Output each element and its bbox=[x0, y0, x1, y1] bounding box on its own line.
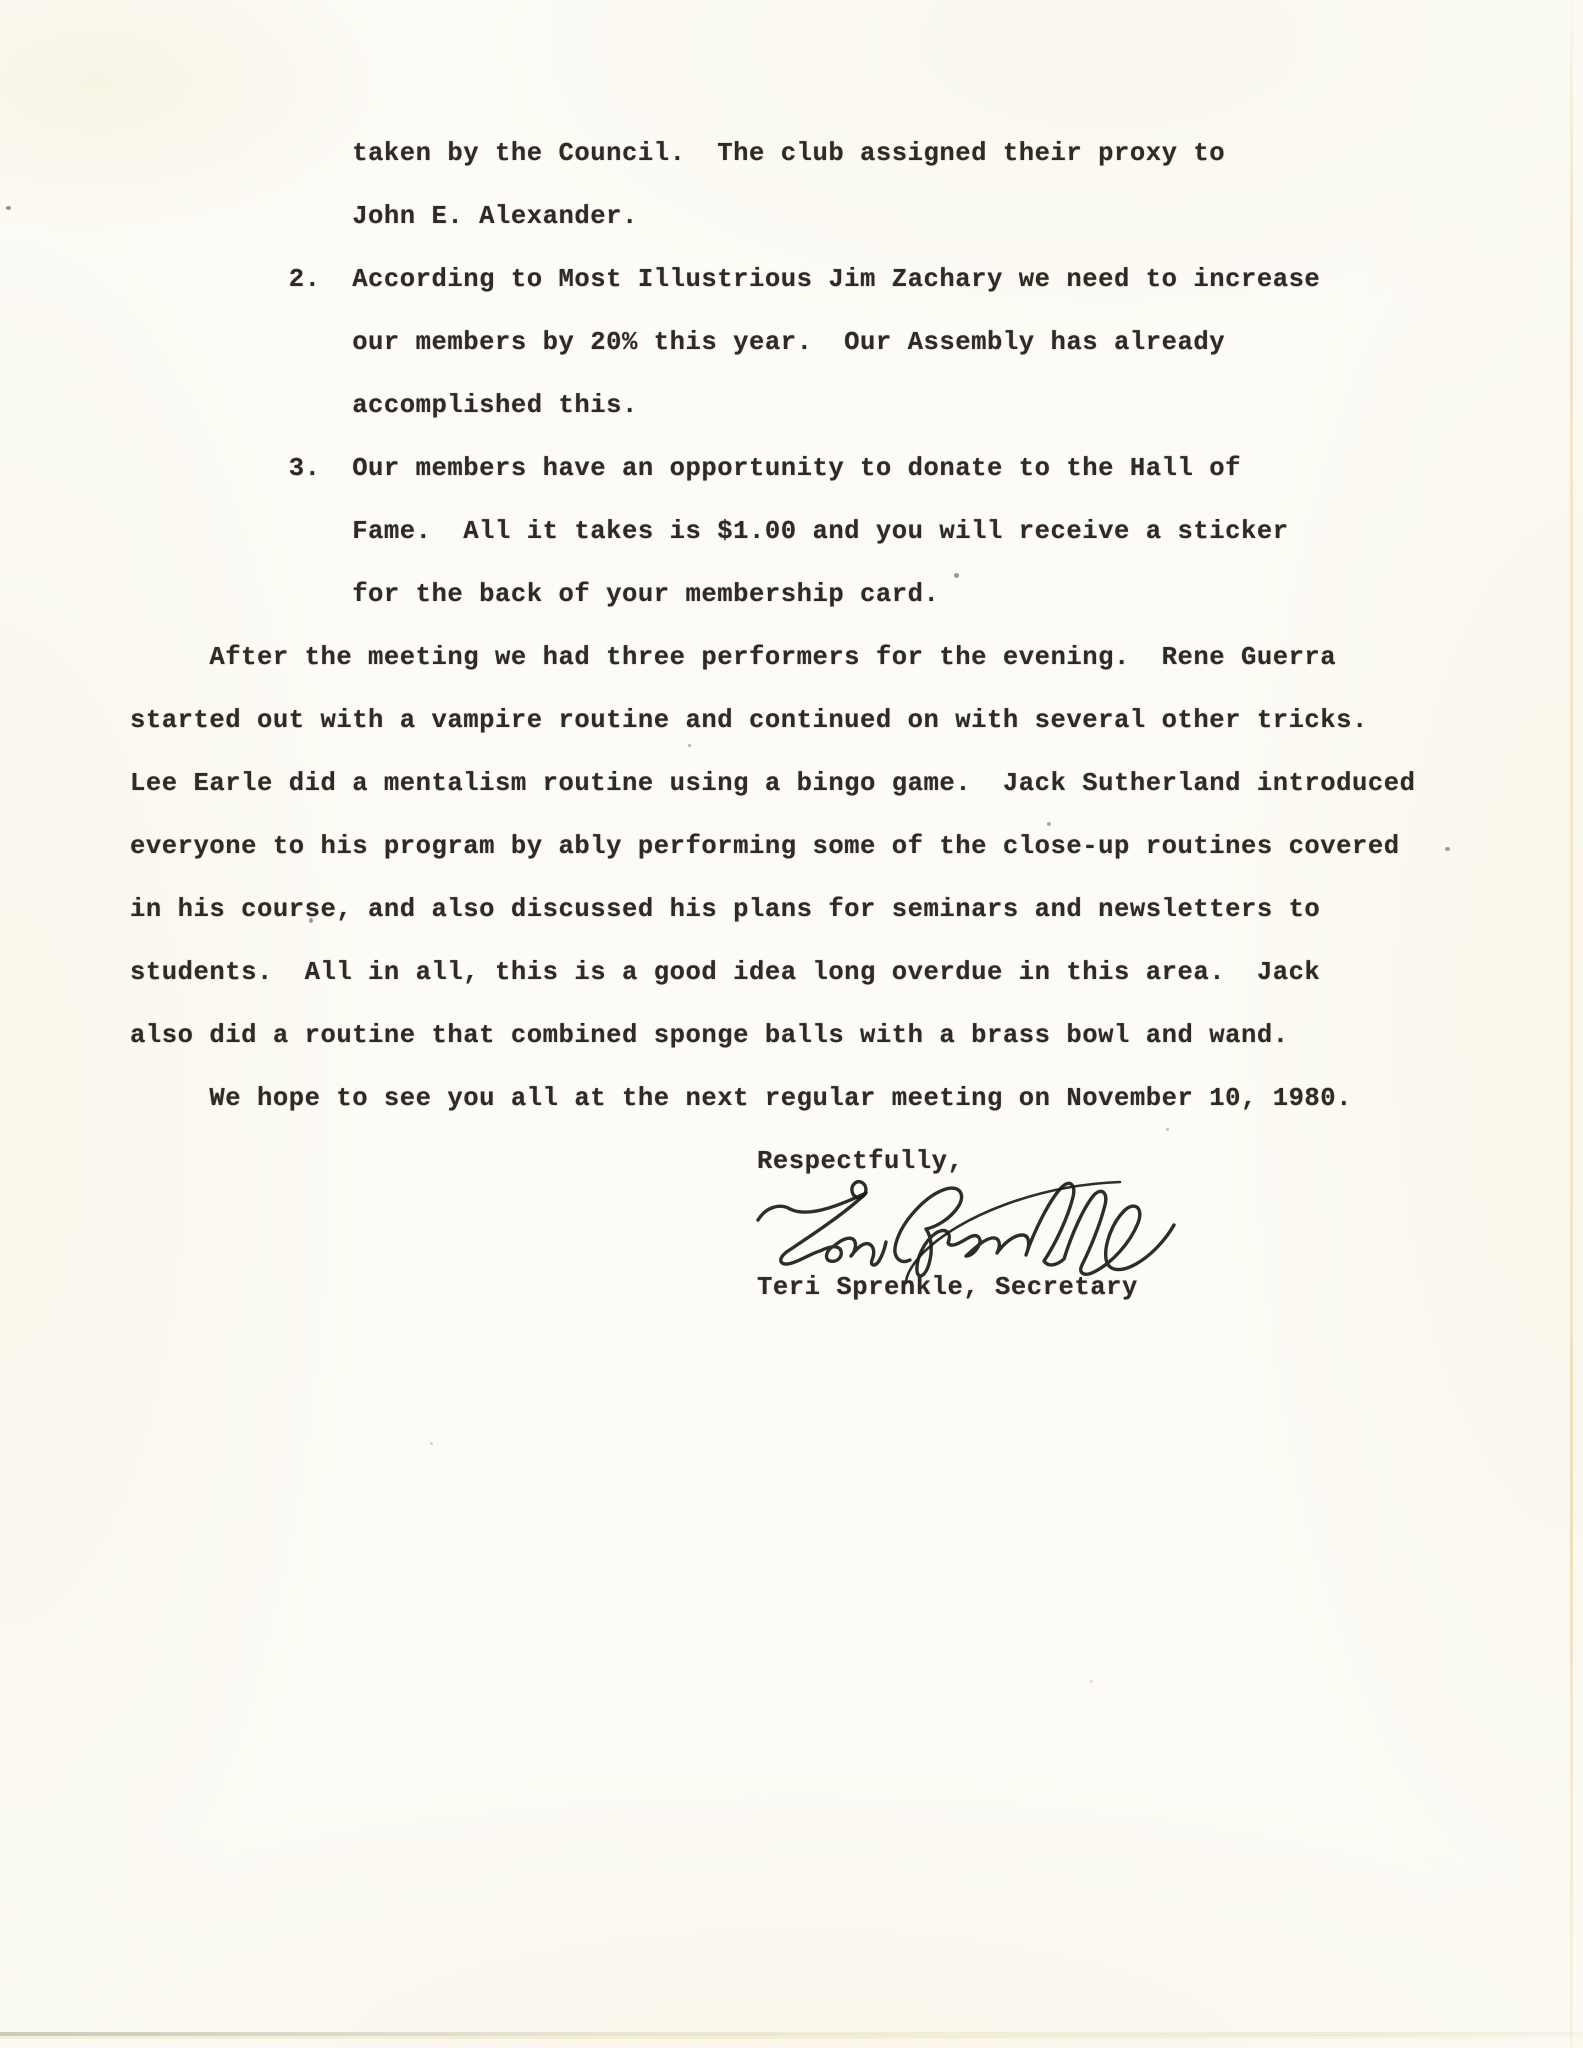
typed-line: accomplished this. bbox=[130, 374, 1416, 437]
paper-speck bbox=[430, 1442, 433, 1445]
typed-line: After the meeting we had three performer… bbox=[130, 626, 1416, 689]
typed-signature-line: Teri Sprenkle, Secretary bbox=[757, 1256, 1138, 1319]
paper-speck bbox=[1445, 847, 1450, 851]
paper-speck bbox=[1090, 1680, 1093, 1683]
typed-line: taken by the Council. The club assigned … bbox=[130, 122, 1416, 185]
typed-line: 3. Our members have an opportunity to do… bbox=[130, 437, 1416, 500]
typed-line: students. All in all, this is a good ide… bbox=[130, 941, 1416, 1004]
paper-speck bbox=[1047, 822, 1051, 826]
paper-speck bbox=[309, 918, 313, 923]
scanned-letter-page: taken by the Council. The club assigned … bbox=[0, 0, 1583, 2048]
typed-line: Fame. All it takes is $1.00 and you will… bbox=[130, 500, 1416, 563]
typed-line: for the back of your membership card. bbox=[130, 563, 1416, 626]
scan-bottom-edge-artifact bbox=[0, 2036, 1583, 2039]
typed-line: We hope to see you all at the next regul… bbox=[130, 1067, 1416, 1130]
paper-speck bbox=[954, 573, 959, 578]
typed-line: our members by 20% this year. Our Assemb… bbox=[130, 311, 1416, 374]
paper-speck bbox=[688, 744, 691, 747]
typed-line: everyone to his program by ably performi… bbox=[130, 815, 1416, 878]
typed-line: in his course, and also discussed his pl… bbox=[130, 878, 1416, 941]
typed-line: Lee Earle did a mentalism routine using … bbox=[130, 752, 1416, 815]
typed-line: also did a routine that combined sponge … bbox=[130, 1004, 1416, 1067]
paper-speck bbox=[1166, 1128, 1169, 1131]
scan-right-edge-artifact bbox=[1570, 0, 1573, 2048]
typed-line: started out with a vampire routine and c… bbox=[130, 689, 1416, 752]
typed-text-block: taken by the Council. The club assigned … bbox=[130, 122, 1416, 1130]
signature-stroke-teri bbox=[758, 1193, 886, 1265]
typed-line: 2. According to Most Illustrious Jim Zac… bbox=[130, 248, 1416, 311]
typed-line: John E. Alexander. bbox=[130, 185, 1416, 248]
paper-speck bbox=[6, 206, 11, 210]
